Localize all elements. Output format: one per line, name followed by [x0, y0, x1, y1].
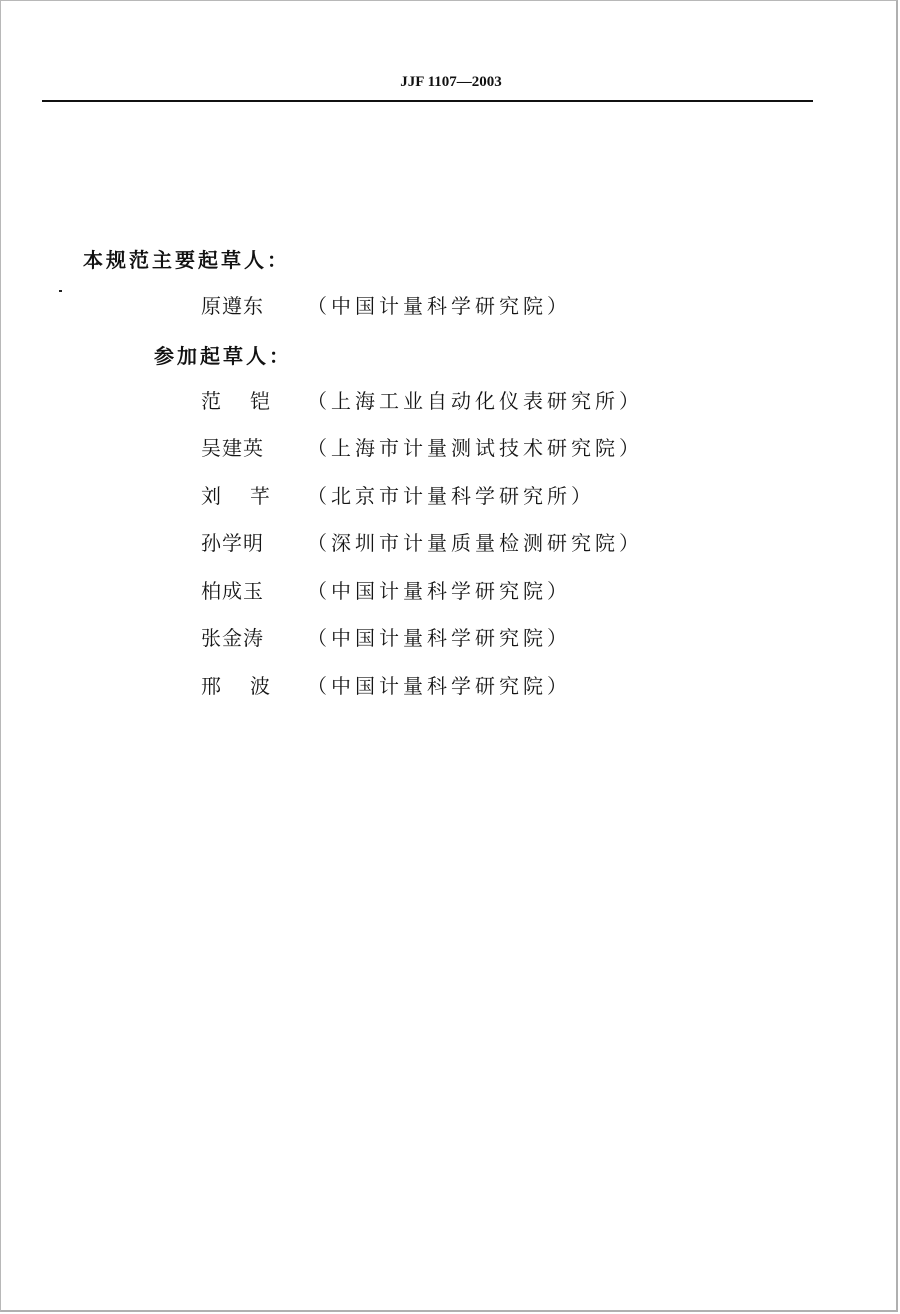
drafter-name: 张金涛 [201, 622, 307, 651]
drafter-name: 孙学明 [201, 527, 307, 556]
drafter-organization: （上海工业自动化仪表研究所） [307, 385, 643, 414]
header-divider [42, 100, 813, 102]
drafter-name: 刘 芊 [201, 480, 271, 509]
drafter-organization: （深圳市计量质量检测研究院） [307, 527, 643, 556]
drafter-row-3: 孙学明 （深圳市计量质量检测研究院） [201, 527, 643, 555]
drafter-name: 邢 波 [201, 670, 271, 699]
drafter-organization: （上海市计量测试技术研究院） [307, 432, 643, 461]
drafter-organization: （中国计量科学研究院） [307, 575, 571, 604]
name-char: 刘 [201, 480, 222, 509]
drafter-organization: （北京市计量科学研究所） [307, 480, 595, 509]
document-page: JJF 1107—2003 本规范主要起草人： 原遵东 （中国计量科学研究院） … [0, 0, 898, 1312]
drafter-row-main-0: 原遵东 （中国计量科学研究院） [201, 290, 571, 318]
scan-artifact-dot [59, 290, 62, 292]
drafter-row-0: 范 铠 （上海工业自动化仪表研究所） [201, 385, 643, 413]
drafter-name: 柏成玉 [201, 575, 307, 604]
drafter-name: 范 铠 [201, 385, 271, 414]
drafter-name: 原遵东 [201, 290, 307, 319]
name-char: 范 [201, 385, 222, 414]
drafter-organization: （中国计量科学研究院） [307, 290, 571, 319]
main-drafters-heading: 本规范主要起草人： [83, 244, 290, 273]
drafter-organization: （中国计量科学研究院） [307, 670, 571, 699]
name-char: 波 [250, 670, 271, 699]
name-char: 铠 [250, 385, 271, 414]
drafter-name: 吴建英 [201, 432, 307, 461]
name-char: 邢 [201, 670, 222, 699]
drafter-row-5: 张金涛 （中国计量科学研究院） [201, 622, 571, 650]
drafter-row-1: 吴建英 （上海市计量测试技术研究院） [201, 432, 643, 460]
participating-drafters-heading: 参加起草人： [154, 340, 292, 369]
name-char: 芊 [250, 480, 271, 509]
standard-code-header: JJF 1107—2003 [1, 74, 900, 91]
drafter-organization: （中国计量科学研究院） [307, 622, 571, 651]
drafter-row-4: 柏成玉 （中国计量科学研究院） [201, 575, 571, 603]
drafter-row-2: 刘 芊 （北京市计量科学研究所） [201, 480, 595, 508]
drafter-row-6: 邢 波 （中国计量科学研究院） [201, 670, 571, 698]
